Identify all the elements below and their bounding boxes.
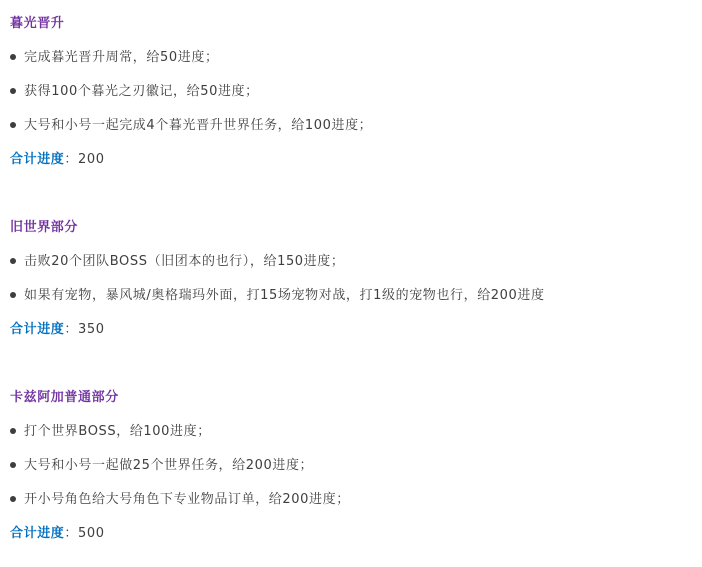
list-item: 完成暮光晋升周常，给50进度； <box>10 48 219 68</box>
list-item: 开小号角色给大号角色下专业物品订单，给200进度； <box>10 490 350 510</box>
list-item-text: 如果有宠物，暴风城/奥格瑞玛外面，打15场宠物对战，打1级的宠物也行，给200进… <box>24 288 545 303</box>
section-title-old-world: 旧世界部分 <box>10 218 78 238</box>
list-item: 大号和小号一起做25个世界任务，给200进度； <box>10 456 313 476</box>
list-item-text: 大号和小号一起做25个世界任务，给200进度； <box>24 458 313 473</box>
total-separator: ： <box>64 322 78 337</box>
section-title-twilight-ascension: 暮光晋升 <box>10 14 64 34</box>
bullet-icon <box>10 428 16 434</box>
bullet-icon <box>10 88 16 94</box>
total-separator: ： <box>64 526 78 541</box>
section-total: 合计进度：350 <box>10 320 105 340</box>
total-label: 合计进度 <box>10 322 64 337</box>
list-item: 击败20个团队BOSS（旧团本的也行），给150进度； <box>10 252 344 272</box>
list-item: 获得100个暮光之刃徽记，给50进度； <box>10 82 259 102</box>
list-item-text: 完成暮光晋升周常，给50进度； <box>24 50 219 65</box>
bullet-icon <box>10 54 16 60</box>
section-total: 合计进度：200 <box>10 150 105 170</box>
bullet-icon <box>10 122 16 128</box>
list-item-text: 大号和小号一起完成4个暮光晋升世界任务，给100进度； <box>24 118 372 133</box>
total-label: 合计进度 <box>10 152 64 167</box>
bullet-icon <box>10 496 16 502</box>
total-value: 350 <box>78 322 105 337</box>
total-separator: ： <box>64 152 78 167</box>
list-item-text: 打个世界BOSS，给100进度； <box>24 424 211 439</box>
list-item: 大号和小号一起完成4个暮光晋升世界任务，给100进度； <box>10 116 372 136</box>
bullet-icon <box>10 462 16 468</box>
bullet-icon <box>10 258 16 264</box>
list-item-text: 获得100个暮光之刃徽记，给50进度； <box>24 84 259 99</box>
list-item-text: 开小号角色给大号角色下专业物品订单，给200进度； <box>24 492 350 507</box>
total-label: 合计进度 <box>10 526 64 541</box>
section-total: 合计进度：500 <box>10 524 105 544</box>
section-title-khaz-algar-normal: 卡兹阿加普通部分 <box>10 388 119 408</box>
list-item-text: 击败20个团队BOSS（旧团本的也行），给150进度； <box>24 254 344 269</box>
list-item: 如果有宠物，暴风城/奥格瑞玛外面，打15场宠物对战，打1级的宠物也行，给200进… <box>10 286 545 306</box>
total-value: 200 <box>78 152 105 167</box>
bullet-icon <box>10 292 16 298</box>
list-item: 打个世界BOSS，给100进度； <box>10 422 211 442</box>
total-value: 500 <box>78 526 105 541</box>
